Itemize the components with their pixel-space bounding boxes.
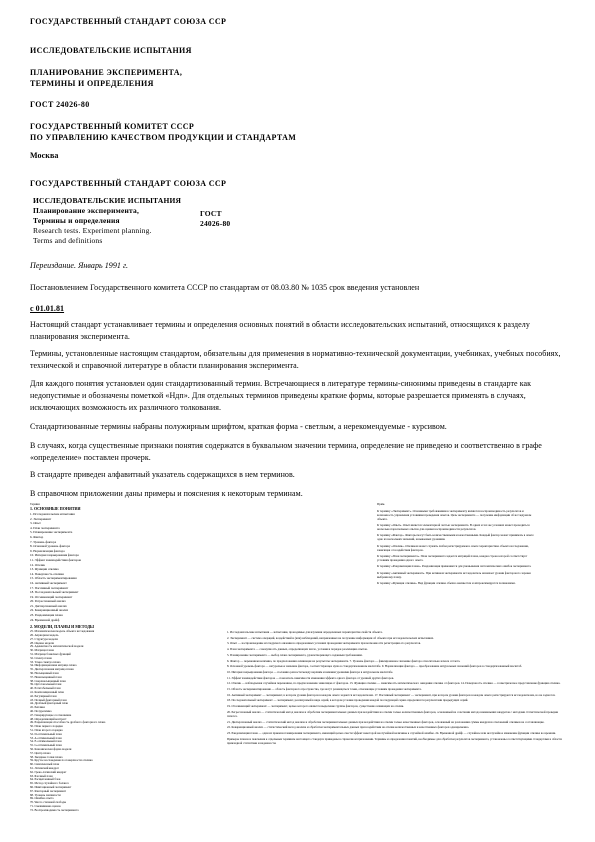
section-1-title: 1. ОСНОВНЫЕ ПОНЯТИЯ bbox=[30, 506, 215, 511]
intro-paragraph: Стандартизованные термины набраны полужи… bbox=[30, 421, 568, 433]
terms-index-column: Термин 1. ОСНОВНЫЕ ПОНЯТИЯ 1. Исследоват… bbox=[30, 502, 215, 813]
notes-list: К термину «Эксперимент». Основными требо… bbox=[377, 510, 534, 586]
document-page: ГОСУДАРСТВЕННЫЙ СТАНДАРТ СОЮЗА ССР ИССЛЕ… bbox=[0, 0, 595, 842]
definition-paragraph: 18. Последовательный эксперимент — экспе… bbox=[227, 698, 569, 702]
section-1-term-list: 1. Исследовательские испытания2. Экспери… bbox=[30, 512, 215, 622]
note-paragraph: К термину «Опыт». Опыт является элемента… bbox=[377, 524, 534, 532]
intro-paragraph: Настоящий стандарт устанавливает термины… bbox=[30, 319, 568, 343]
intro-paragraph: Термины, установленные настоящим стандар… bbox=[30, 348, 568, 372]
city-label: Москва bbox=[30, 151, 59, 160]
definition-paragraph: 10. Интервал варьирования фактора — поло… bbox=[227, 670, 569, 674]
definition-paragraph: 4. План эксперимента — совокупность данн… bbox=[227, 647, 569, 651]
definition-paragraph: 15. Область экспериментирования — област… bbox=[227, 687, 569, 691]
doc-header-line-3: ПЛАНИРОВАНИЕ ЭКСПЕРИМЕНТА, bbox=[30, 68, 182, 77]
intro-paragraph: Для каждого понятия установлен один стан… bbox=[30, 378, 568, 414]
intro-paragraph: В случаях, когда существенные признаки п… bbox=[30, 440, 568, 464]
subtitle-en-1: Research tests. Experiment planning. bbox=[33, 226, 152, 235]
note-paragraph: К термину «Фактор». Факторы могут быть к… bbox=[377, 534, 534, 542]
effective-date: с 01.01.81 bbox=[30, 303, 568, 315]
notes-column: Прим. К термину «Эксперимент». Основными… bbox=[377, 503, 534, 589]
definition-paragraph: 1. Исследовательские испытания — испытан… bbox=[227, 630, 569, 634]
doc-header-line-4: ТЕРМИНЫ И ОПРЕДЕЛЕНИЯ bbox=[30, 79, 154, 88]
subtitle-en-2: Terms and definitions bbox=[33, 236, 103, 245]
notes-column-header: Прим. bbox=[377, 503, 534, 507]
gost-code-number: 24026-80 bbox=[200, 219, 230, 228]
doc-header-line-2: ИССЛЕДОВАТЕЛЬСКИЕ ИСПЫТАНИЯ bbox=[30, 46, 192, 55]
note-paragraph: К термину «Активный эксперимент». При ак… bbox=[377, 572, 534, 580]
definition-paragraph: 2. Эксперимент — система операций, возде… bbox=[227, 636, 569, 640]
committee-line-1: ГОСУДАРСТВЕННЫЙ КОМИТЕТ СССР bbox=[30, 122, 194, 131]
definition-paragraph: 23. Рандомизация плана — один из приемов… bbox=[227, 731, 569, 735]
note-paragraph: К термину «План эксперимента». План эксп… bbox=[377, 555, 534, 563]
intro-paragraph: В справочном приложении даны примеры и п… bbox=[30, 488, 568, 500]
intro-paragraph: В стандарте приведен алфавитный указател… bbox=[30, 469, 568, 481]
definition-paragraph: 12. Отклик — наблюдаемая случайная перем… bbox=[227, 681, 569, 685]
definitions-list: 1. Исследовательские испытания — испытан… bbox=[227, 630, 569, 745]
definitions-block: 1. Исследовательские испытания — испытан… bbox=[227, 630, 569, 747]
definition-paragraph: 22. Ковариационный анализ — статистическ… bbox=[227, 725, 569, 729]
definition-paragraph: 21. Дисперсионный анализ — статистически… bbox=[227, 720, 569, 724]
doc-header-line-1: ГОСУДАРСТВЕННЫЙ СТАНДАРТ СОЮЗА ССР bbox=[30, 17, 226, 26]
definition-paragraph: 5. Планирование эксперимента — выбор пла… bbox=[227, 653, 569, 657]
decree-line: Постановлением Государственного комитета… bbox=[30, 282, 568, 294]
note-paragraph: К термину «Функция отклика». Вид функции… bbox=[377, 582, 534, 586]
note-paragraph: К термину «Отклик». Откликом может служи… bbox=[377, 545, 534, 553]
committee-line-2: ПО УПРАВЛЕНИЮ КАЧЕСТВОМ ПРОДУКЦИИ И СТАН… bbox=[30, 133, 296, 142]
title-ru: ИССЛЕДОВАТЕЛЬСКИЕ ИСПЫТАНИЯ bbox=[33, 196, 181, 205]
definition-paragraph: 11. Эффект взаимодействия факторов — пок… bbox=[227, 676, 569, 680]
definition-paragraph: 16. Активный эксперимент — эксперимент, … bbox=[227, 693, 569, 697]
note-paragraph: К термину «Рандомизация плана». Рандомиз… bbox=[377, 565, 534, 569]
note-paragraph: К термину «Эксперимент». Основными требо… bbox=[377, 510, 534, 522]
section-2-term-list: 25. Математическая модель объекта исслед… bbox=[30, 630, 215, 812]
subtitle-ru-1: Планирование эксперимента, bbox=[33, 206, 139, 215]
edition-note: Переиздание. Январь 1991 г. bbox=[30, 260, 568, 272]
gost-code-label: ГОСТ bbox=[200, 209, 222, 218]
gost-number-line: ГОСТ 24026-80 bbox=[30, 100, 90, 109]
doc-header-repeat: ГОСУДАРСТВЕННЫЙ СТАНДАРТ СОЮЗА ССР bbox=[30, 179, 226, 188]
term-item: 24. Временной дрейф bbox=[30, 618, 215, 623]
definition-paragraph: 8. Основной уровень фактора — натурально… bbox=[227, 664, 569, 668]
subtitle-ru-2: Термины и определения bbox=[33, 216, 120, 225]
term-item: 72. Воспроизводимость эксперимента bbox=[30, 809, 215, 813]
definition-paragraph: 3. Опыт — воспроизведение исследуемого я… bbox=[227, 641, 569, 645]
definition-paragraph: 6. Фактор — переменная величина, по пред… bbox=[227, 659, 569, 663]
definition-paragraph: 19. Отсеивающий эксперимент — эксперимен… bbox=[227, 704, 569, 708]
definition-paragraph: Примеры планов и пояснения к отдельным т… bbox=[227, 737, 569, 745]
definition-paragraph: 20. Регрессионный анализ — статистически… bbox=[227, 710, 569, 718]
